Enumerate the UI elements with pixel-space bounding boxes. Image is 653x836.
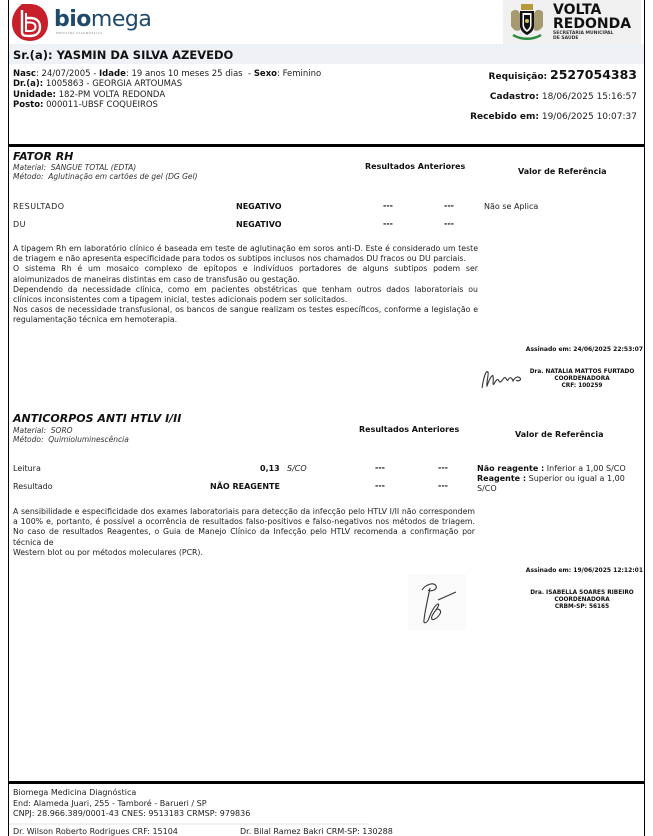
biomega-wordmark: biomega <box>54 9 151 31</box>
result-label: Resultado <box>13 482 53 491</box>
previous-results-header: Resultados Anteriores <box>359 425 459 434</box>
footer-ids: CNPJ: 28.966.389/0001-43 CNES: 9513183 C… <box>13 809 250 820</box>
exam-material: Material: SANGUE TOTAL (EDTA) <box>13 163 136 172</box>
biomega-b-logo-icon <box>10 2 50 42</box>
previous-result-2: --- <box>444 201 454 210</box>
footer-separator <box>9 823 369 825</box>
biomega-logo: biomega MEDICINA DIAGNÓSTICA <box>10 2 151 42</box>
result-label: RESULTADO <box>13 202 65 211</box>
signer-registry: CRF: 100259 <box>522 383 642 390</box>
signer-name: Dra. NATALIA MATTOS FURTADO <box>522 369 642 376</box>
signed-timestamp: Assinado em: 24/06/2025 22:53:07 <box>526 346 643 353</box>
exam-notes-fator-rh: A tipagem Rh em laboratório clínico é ba… <box>13 244 478 326</box>
signer-name: Dra. ISABELLA SOARES RIBEIRO <box>522 590 642 597</box>
ribeiro-signature-icon <box>408 574 466 633</box>
signer-block: Dra. NATALIA MATTOS FURTADO COORDENADORA… <box>522 369 642 390</box>
partner-subtitle-line2: DE SAUDE <box>553 37 631 42</box>
exam-method: Método: Quimioluminescência <box>13 435 129 444</box>
exam-material: Material: SORO <box>13 426 73 435</box>
reference-value: Não se Aplica <box>484 202 644 212</box>
previous-result-1: --- <box>375 481 385 490</box>
reading-unit: S/CO <box>287 464 307 473</box>
result-value: NÃO REAGENTE <box>210 482 280 491</box>
exam-notes-htlv: A sensibilidade e especificidade dos exa… <box>13 507 475 558</box>
previous-result-2: --- <box>444 219 454 228</box>
header-divider <box>8 144 645 147</box>
reference-values: Não reagente : Inferior a 1,00 S/CO Reag… <box>477 464 637 494</box>
signer-block: Dra. ISABELLA SOARES RIBEIRO COORDENADOR… <box>522 590 642 611</box>
du-label: DU <box>13 220 26 229</box>
signer-role: COORDENADORA <box>522 597 642 604</box>
signed-timestamp: Assinado em: 19/06/2025 12:12:01 <box>526 567 643 574</box>
patient-unit: Unidade: 182-PM VOLTA REDONDA <box>13 90 165 100</box>
volta-redonda-crest-icon <box>507 2 547 42</box>
result-value: NEGATIVO <box>236 202 282 211</box>
partner-name-line2: REDONDA <box>553 17 631 31</box>
footer-address: End: Alameda Juari, 255 - Tamboré - Baru… <box>13 799 250 810</box>
request-number: Requisição: 2527054383 <box>489 67 637 82</box>
report-header: biomega MEDICINA DIAGNÓSTICA VOLTA REDON… <box>8 0 645 44</box>
previous-results-header: Resultados Anteriores <box>365 162 465 171</box>
reference-non-reactive: Não reagente : Inferior a 1,00 S/CO <box>477 464 637 474</box>
footer-company: Biomega Medicina Diagnóstica <box>13 788 250 799</box>
reference-header: Valor de Referência <box>515 430 604 439</box>
reference-reactive: Reagente : Superior ou igual a 1,00 S/CO <box>477 474 637 494</box>
previous-result-2: --- <box>438 463 448 472</box>
patient-post: Posto: 000011-UBSF COQUEIROS <box>13 100 158 110</box>
previous-result-1: --- <box>375 463 385 472</box>
du-value: NEGATIVO <box>236 220 282 229</box>
exam-method: Método: Aglutinação em cartões de gel (D… <box>13 172 198 181</box>
footer-divider <box>8 781 645 784</box>
patient-doctor: Dr.(a): 1005863 - GEORGIA ARTOUMAS <box>13 79 182 89</box>
partner-name-line1: VOLTA <box>553 3 631 17</box>
exam-title-htlv: ANTICORPOS ANTI HTLV I/II <box>13 412 181 425</box>
footer-doctor-1: Dr. Wilson Roberto Rodrigues CRF: 15104 <box>13 827 178 836</box>
volta-redonda-logo: VOLTA REDONDA SECRETARIA MUNICIPAL DE SA… <box>503 0 641 44</box>
previous-result-2: --- <box>438 481 448 490</box>
furtado-signature-icon <box>480 366 526 395</box>
previous-result-1: --- <box>383 219 393 228</box>
registration-date: Cadastro: 18/06/2025 15:16:57 <box>490 92 637 102</box>
received-date: Recebido em: 19/06/2025 10:07:37 <box>470 112 637 122</box>
footer-doctor-2: Dr. Bilal Ramez Bakri CRM-SP: 130288 <box>240 827 393 836</box>
patient-birth-line: Nasc: 24/07/2005 - Idade: 19 anos 10 mes… <box>13 69 321 79</box>
signer-registry: CRBM-SP: 56165 <box>522 604 642 611</box>
exam-title-fator-rh: FATOR RH <box>13 150 73 163</box>
signer-role: COORDENADORA <box>522 376 642 383</box>
reading-value: 0,13 <box>260 464 280 473</box>
reference-header: Valor de Referência <box>518 167 607 176</box>
footer-company-info: Biomega Medicina Diagnóstica End: Alamed… <box>13 788 250 820</box>
reading-label: Leitura <box>13 464 41 473</box>
previous-result-1: --- <box>383 201 393 210</box>
patient-name: Sr.(a): YASMIN DA SILVA AZEVEDO <box>13 48 233 62</box>
